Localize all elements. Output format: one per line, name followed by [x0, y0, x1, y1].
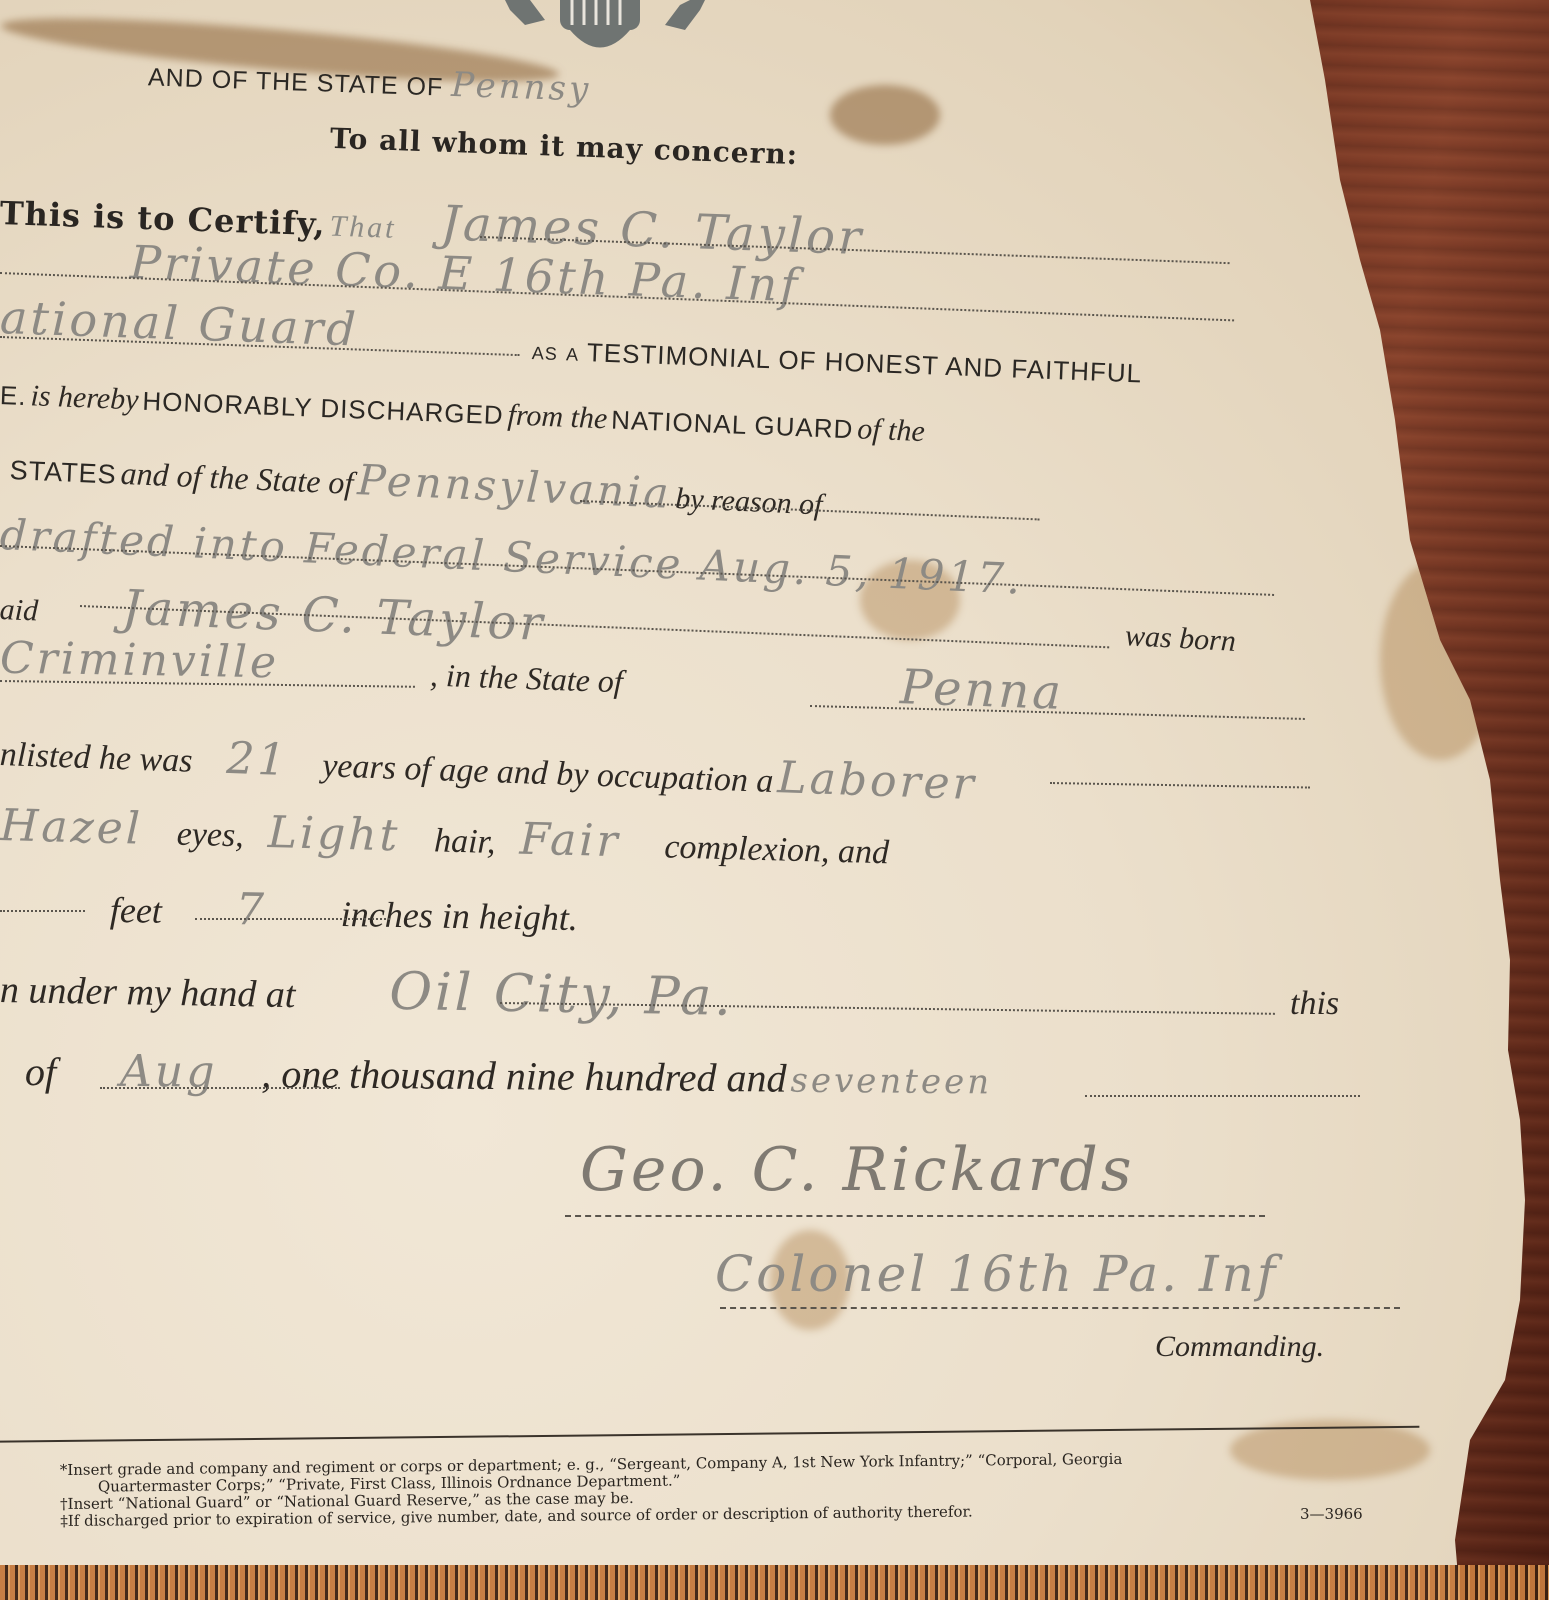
under-hand-text: n under my hand at: [0, 969, 296, 1016]
occupation-blank: [1050, 782, 1310, 789]
state-handwritten: Pennsy: [451, 65, 592, 110]
complexion-label: complexion, and: [664, 828, 890, 871]
month-value: Aug: [120, 1046, 218, 1098]
footnote-divider: [0, 1426, 1419, 1443]
in-state-of-text: , in the State of: [429, 657, 623, 701]
hair-label: hair,: [434, 822, 496, 861]
footnotes: *Insert grade and company and regiment o…: [60, 1448, 1401, 1530]
years-text: years of age and by occupation a: [322, 747, 774, 800]
complexion-value: Fair: [519, 814, 621, 868]
inches-blank: [195, 918, 390, 920]
inches-value: 7: [235, 884, 267, 936]
water-stain: [830, 85, 940, 145]
feet-label: feet: [110, 890, 163, 931]
signature-name: Geo. C. Rickards: [580, 1135, 1135, 1205]
salutation: To all whom it may concern:: [330, 122, 799, 171]
of-label: of: [25, 1049, 57, 1094]
age-line: nlisted he was 21 years of age and by oc…: [0, 725, 978, 810]
hereby-text: is hereby: [30, 379, 139, 416]
appearance-line: Hazel eyes, Light hair, Fair complexion,…: [0, 800, 890, 874]
age-value: 21: [226, 733, 290, 786]
ruler-edge: [0, 1565, 1549, 1600]
hair-value: Light: [267, 807, 401, 861]
that-label: That: [329, 210, 397, 245]
state-header-label: AND OF THE STATE OF: [148, 63, 444, 101]
this-label: this: [1290, 985, 1339, 1023]
eagle-seal-icon: [490, 0, 720, 65]
was-born-text: was born: [1124, 619, 1236, 659]
testimonial-line: as a TESTIMONIAL OF HONEST AND FAITHFUL: [531, 335, 1142, 389]
states-text: STATES: [9, 455, 117, 490]
service-partial: E.: [0, 380, 27, 411]
signature-title: Colonel 16th Pa. Inf: [715, 1245, 1278, 1303]
eyes-label: eyes,: [176, 816, 244, 855]
testimonial-text: as a TESTIMONIAL OF HONEST AND FAITHFUL: [531, 335, 1142, 388]
date-line: of Aug , one thousand nine hundred and s…: [25, 1045, 993, 1104]
year-text: , one thousand nine hundred and: [261, 1051, 787, 1101]
title-blank: [720, 1307, 1400, 1309]
signature-blank: [565, 1215, 1265, 1217]
year-written: seventeen: [790, 1061, 992, 1103]
honorably-discharged: HONORABLY DISCHARGED: [142, 386, 504, 430]
said-label: aid: [0, 593, 39, 627]
inches-label: inches in height.: [341, 894, 579, 938]
of-the-text: of the: [857, 412, 926, 448]
discharged-line: E. is hereby HONORABLY DISCHARGED from t…: [0, 378, 925, 449]
form-number: 3—3966: [1300, 1505, 1363, 1523]
national-guard-text: NATIONAL GUARD: [611, 405, 854, 445]
state-line: STATES and of the State of Pennsylvania …: [9, 440, 824, 524]
feet-blank: [0, 910, 85, 912]
occupation-value: Laborer: [777, 752, 978, 810]
by-reason-text: by reason of: [675, 482, 824, 521]
given-line: n under my hand at Oil City, Pa.: [0, 955, 734, 1028]
enlisted-text: nlisted he was: [0, 736, 193, 780]
eyes-value: Hazel: [0, 800, 144, 855]
and-state-of-text: and of the State of: [120, 455, 354, 501]
year-blank: [1085, 1095, 1360, 1097]
place-value: Oil City, Pa.: [389, 962, 734, 1028]
state-name: Pennsylvania: [356, 455, 672, 518]
commanding-label: Commanding.: [1155, 1330, 1324, 1364]
from-the-text: from the: [507, 398, 608, 435]
discharge-certificate-paper: AND OF THE STATE OF Pennsy To all whom i…: [0, 0, 1549, 1600]
height-line: feet 7 inches in height.: [0, 880, 578, 941]
month-blank: [100, 1087, 340, 1089]
